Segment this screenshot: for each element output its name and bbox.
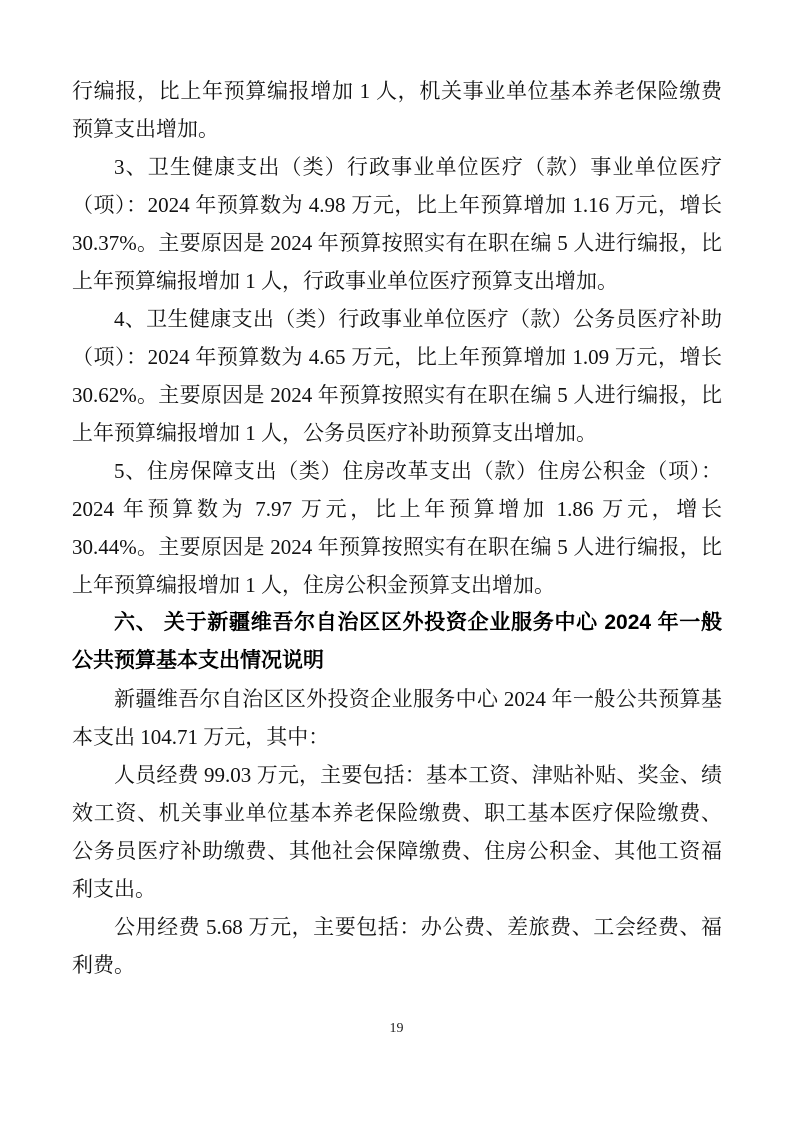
paragraph-continuation: 行编报，比上年预算编报增加 1 人，机关事业单位基本养老保险缴费预算支出增加。 <box>72 72 722 148</box>
paragraph-personnel-funds: 人员经费 99.03 万元，主要包括：基本工资、津贴补贴、奖金、绩效工资、机关事… <box>72 756 722 908</box>
paragraph-public-funds: 公用经费 5.68 万元，主要包括：办公费、差旅费、工会经费、福利费。 <box>72 908 722 984</box>
section-heading-six: 六、 关于新疆维吾尔自治区区外投资企业服务中心 2024 年一般公共预算基本支出… <box>72 604 722 680</box>
page-number: 19 <box>0 1021 793 1037</box>
paragraph-item-4-civil-servant-medical: 4、卫生健康支出（类）行政事业单位医疗（款）公务员医疗补助（项）：2024 年预… <box>72 300 722 452</box>
paragraph-basic-expenditure-total: 新疆维吾尔自治区区外投资企业服务中心 2024 年一般公共预算基本支出 104.… <box>72 680 722 756</box>
document-body: 行编报，比上年预算编报增加 1 人，机关事业单位基本养老保险缴费预算支出增加。 … <box>72 72 722 984</box>
paragraph-item-5-housing-fund: 5、住房保障支出（类）住房改革支出（款）住房公积金（项）：2024 年预算数为 … <box>72 452 722 604</box>
paragraph-item-3-health-unit-medical: 3、卫生健康支出（类）行政事业单位医疗（款）事业单位医疗（项）：2024 年预算… <box>72 148 722 300</box>
document-page: 行编报，比上年预算编报增加 1 人，机关事业单位基本养老保险缴费预算支出增加。 … <box>0 0 793 1122</box>
